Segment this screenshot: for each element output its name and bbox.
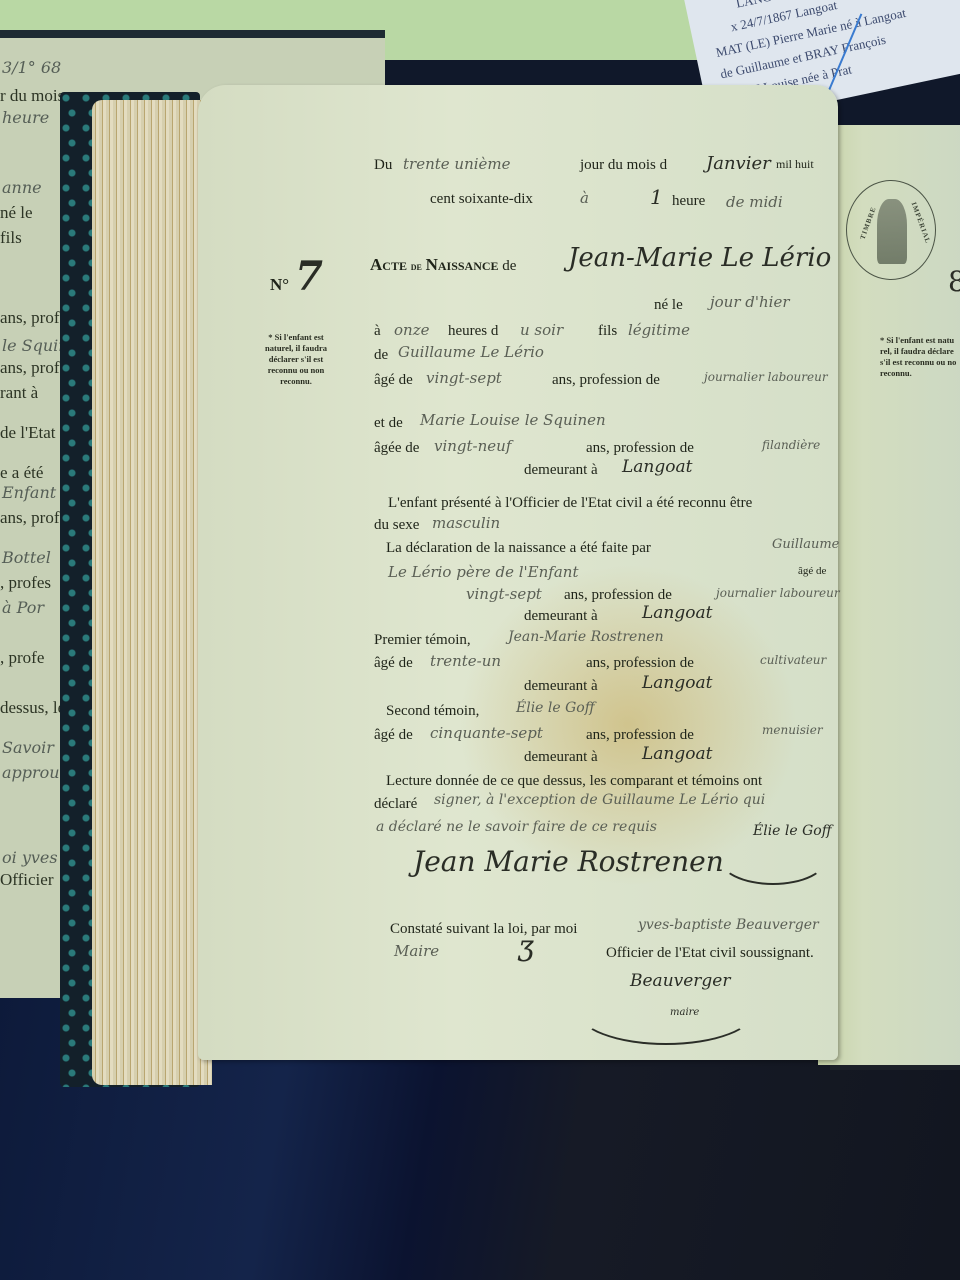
year-text: cent soixante-dix [430,191,533,208]
side-note-line: reconnu. [880,368,956,379]
left-page-text-fragment: Officier [0,870,54,890]
left-page-text-fragment: Bottel [2,548,51,567]
mother-profession: filandière [762,438,820,452]
declarant-profession: journalier laboureur [716,586,840,600]
left-page-text-fragment: 3/1° 68 [2,58,61,77]
declarant-profession-label: ans, profession de [564,587,672,604]
left-page-text-fragment: rant à [0,383,38,403]
first-witness-residence: Langoat [642,673,712,693]
act-number-next: 8 [948,265,960,298]
right-side-note: * Si l'enfant est natu rel, il faudra dé… [880,335,956,379]
hours-label: heures d [448,323,498,340]
left-page-text-fragment: , profes [0,573,51,593]
first-witness-age: trente-un [430,652,501,670]
officer-signature-flourish [576,975,756,1045]
hour-count-handwritten: onze [394,321,429,339]
title-word: Naissance [426,255,499,274]
at-label: à [374,323,381,340]
witness1-signature: Jean Marie Rostrenen [413,845,724,878]
month-handwritten: Janvier [706,153,771,174]
officer-line: Officier de l'Etat civil soussignant. [606,945,814,962]
left-page-text-fragment: approuv [2,763,69,782]
left-page-text-fragment: , profe [0,648,44,668]
imperial-stamp-icon: TIMBRE IMPÉRIAL [846,180,936,280]
born-label: né le [654,297,683,314]
at-hand: à [580,189,589,207]
reading-line: Lecture donnée de ce que dessus, les com… [386,773,762,790]
certified-line: Constaté suivant la loi, par moi [390,921,577,938]
second-witness-profession: menuisier [762,723,823,737]
officer-name-handwritten: yves-baptiste Beauverger [638,917,819,933]
declared-handwritten-2: a déclaré ne le savoir faire de ce requi… [376,819,657,835]
mayor-handwritten: Maire [394,942,439,960]
side-note-line: s'il est reconnu ou no [880,357,956,368]
birth-certificate-page: Du trente unième jour du mois d Janvier … [198,85,838,1060]
title-word: de [502,258,516,274]
declarant-name-1: Guillaume [772,537,839,552]
residence-place: Langoat [622,457,692,477]
age-label: âgé de [374,372,413,389]
left-page-text-fragment: Savoir [2,738,54,757]
hour-label: heure [672,193,705,210]
first-witness-age-label: âgé de [374,655,413,672]
sex-handwritten: masculin [432,514,500,532]
left-page-text-fragment: fils [0,228,22,248]
sex-label: du sexe [374,517,419,534]
father-profession: journalier laboureur [704,370,828,384]
act-title: Acte de Naissance de [370,255,516,275]
left-page-text-fragment: oi yves [2,848,58,867]
born-handwritten: jour d'hier [710,293,790,311]
declaration-line: La déclaration de la naissance a été fai… [386,540,651,557]
left-page-text-fragment: de l'Etat [0,423,55,443]
left-page-text-fragment: ans, prof [0,308,59,328]
left-page-text-fragment: r du mois [0,86,64,106]
side-note-line: rel, il faudra déclare [880,346,956,357]
left-page-text-fragment: né le [0,203,33,223]
first-witness-profession: cultivateur [760,653,826,667]
son-label: fils [598,323,617,340]
profession-label: ans, profession de [552,372,660,389]
date-suffix: mil huit [776,157,814,172]
justice-figure-icon [877,199,907,264]
left-page-text-fragment: le Squin [2,336,69,355]
number-value: 7 [295,253,323,300]
declarant-residence-label: demeurant à [524,608,598,625]
presented-line: L'enfant présenté à l'Officier de l'Etat… [388,495,752,512]
side-note-natural-child: * Si l'enfant est naturel, il faudra déc… [256,332,336,387]
de-label: de [374,347,388,364]
side-note-line: * Si l'enfant est natu [880,335,956,346]
declarant-name-2: Le Lério père de l'Enfant [388,563,578,581]
declarant-age-label: âgé de [798,565,826,577]
second-witness-profession-label: ans, profession de [586,727,694,744]
left-page-text-fragment: Enfant [2,483,56,502]
noon-handwritten: de midi [726,193,783,211]
number-label: N° [270,275,289,294]
left-page-text-fragment: à Por [2,598,44,617]
mother-name: Marie Louise le Squinen [420,411,606,429]
paraph-mark: Ӡ [518,935,534,968]
father-age: vingt-sept [426,369,502,387]
declared-handwritten: signer, à l'exception de Guillaume Le Lé… [434,792,765,808]
title-word: Acte [370,255,407,274]
hour-handwritten: 1 [650,185,663,209]
date-prefix: Du [374,157,392,174]
mother-profession-label: ans, profession de [586,440,694,457]
declared-label: déclaré [374,796,417,813]
first-witness-name: Jean-Marie Rostrenen [508,629,664,645]
page-edges [92,100,212,1085]
second-witness-age-label: âgé de [374,727,413,744]
date-mid: jour du mois d [580,157,667,174]
left-page-text-fragment: anne [2,178,42,197]
child-name: Jean-Marie Le Lério [568,243,831,273]
left-page-text-fragment: heure [2,108,49,127]
declarant-residence: Langoat [642,603,712,623]
second-witness-label: Second témoin, [386,703,479,720]
stamp-label-left: TIMBRE [859,205,878,240]
title-word: de [411,259,422,273]
first-witness-residence-label: demeurant à [524,678,598,695]
legitimate-handwritten: légitime [628,321,690,339]
day-handwritten: trente unième [403,155,511,173]
mother-age: vingt-neuf [434,437,511,455]
second-witness-residence: Langoat [642,744,712,764]
officer-signature-sub: maire [670,1007,699,1018]
second-witness-age: cinquante-sept [430,724,543,742]
first-witness-profession-label: ans, profession de [586,655,694,672]
stamp-label-right: IMPÉRIAL [910,201,932,245]
evening-handwritten: u soir [520,321,563,339]
father-name: Guillaume Le Lério [398,343,544,361]
act-number: N°7 [270,253,323,300]
second-witness-name: Élie le Goff [516,700,595,716]
mother-age-label: âgée de [374,440,419,457]
first-witness-label: Premier témoin, [374,632,471,649]
second-witness-residence-label: demeurant à [524,749,598,766]
residence-label: demeurant à [524,462,598,479]
left-page-text-fragment: ans, profe [0,508,67,528]
declarant-age: vingt-sept [466,585,542,603]
signature-flourish [718,830,828,885]
left-page-text-fragment: ans, profe [0,358,67,378]
mother-label: et de [374,415,403,432]
left-page-text-fragment: e a été [0,463,43,483]
